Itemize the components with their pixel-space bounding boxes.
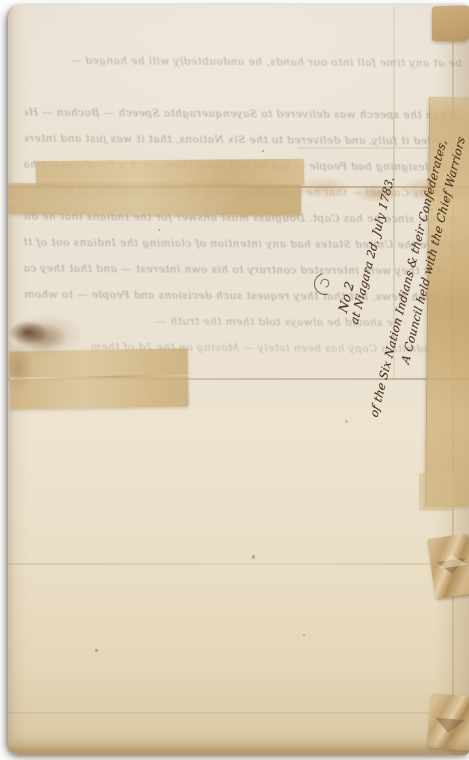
bleedthrough-line: cluded it fully, and delivered to the Si… <box>24 125 461 154</box>
tape-strip-right-extension <box>419 473 455 511</box>
bleedthrough-line: When the speech was delivered to Sayenqu… <box>25 99 462 128</box>
foxing-speck <box>158 229 160 231</box>
fold-crease-bottom <box>8 712 469 714</box>
tape-patch-bottom-right-upper <box>427 533 469 598</box>
tape-fold-shadow <box>434 718 465 735</box>
tape-strip-upper-left-2 <box>8 183 301 216</box>
manuscript-page: be at any time fall into our hands, he u… <box>8 5 469 755</box>
curled-bottom-edge <box>8 737 469 755</box>
foxing-speck <box>303 634 305 636</box>
tape-patch-top-right <box>432 6 469 41</box>
edge-damage-stain-lower <box>8 335 48 415</box>
foxing-speck <box>345 420 348 423</box>
bleedthrough-line: be at any time fall into our hands, he u… <box>25 47 462 76</box>
pencil-mark <box>252 555 255 559</box>
bleedthrough-line: believe the United States had any intent… <box>24 229 461 258</box>
foxing-speck <box>95 649 98 652</box>
fold-crease-lower <box>8 563 469 565</box>
scan-background: be at any time fall into our hands, he u… <box>0 0 469 760</box>
foxing-speck <box>262 150 264 152</box>
bleedthrough-line: that they were interested contrary to hi… <box>23 255 460 284</box>
bleedthrough-line <box>25 73 462 102</box>
